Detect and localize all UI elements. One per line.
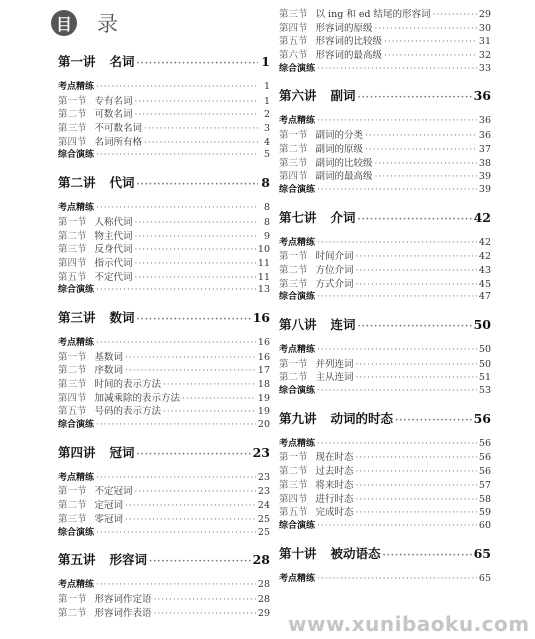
practice-label: 考点精练: [279, 235, 315, 248]
practice-label: 综合演练: [279, 518, 315, 531]
dot-leader: [317, 439, 477, 449]
lecture-number: 第十讲: [279, 546, 317, 561]
dot-leader: [96, 473, 256, 483]
dot-leader: [317, 521, 477, 531]
toc-practice-entry[interactable]: 考点精练42: [279, 235, 491, 249]
section-title: 定冠词: [95, 500, 124, 511]
dot-leader: [96, 285, 256, 295]
toc-practice-entry[interactable]: 考点精练8: [58, 200, 270, 214]
toc-section-entry[interactable]: 第五节不定代词11: [58, 269, 270, 283]
lecture-number: 第九讲: [279, 411, 317, 426]
lecture-number: 第二讲: [58, 175, 96, 190]
page-number: 9: [260, 231, 270, 242]
practice-label: 综合演练: [279, 383, 315, 396]
page-number: 59: [479, 507, 491, 518]
toc-lecture-entry[interactable]: 第十讲被动语态65: [279, 544, 491, 564]
section-title: 人称代词: [95, 217, 133, 228]
section-number: 第三节: [279, 158, 308, 169]
toc-section-entry[interactable]: 第三节以 ing 和 ed 结尾的形容词29: [279, 6, 491, 20]
page-number: 5: [260, 149, 270, 160]
dot-leader: [135, 97, 258, 107]
page-number: 8: [260, 175, 270, 190]
dot-leader: [433, 10, 477, 20]
dot-leader: [356, 508, 477, 518]
dot-leader: [356, 481, 477, 491]
page-number: 42: [479, 251, 491, 262]
toc-section-entry[interactable]: 第四节形容词的原级30: [279, 20, 491, 34]
section-title: 方位介词: [316, 265, 354, 276]
dot-leader: [356, 266, 477, 276]
section-title: 时间介词: [316, 251, 354, 262]
section-number: 第二节: [279, 265, 308, 276]
section-number: 第三节: [279, 480, 308, 491]
toc-lecture-entry[interactable]: 第六讲副词36: [279, 86, 491, 106]
section-title: 物主代词: [95, 231, 133, 242]
section-number: 第一节: [58, 217, 87, 228]
section-title: 指示代词: [95, 258, 133, 269]
section-number: 第四节: [279, 171, 308, 182]
section-title: 进行时态: [316, 494, 354, 505]
lecture-number: 第七讲: [279, 210, 317, 225]
page-number: 11: [258, 258, 270, 269]
dot-leader: [384, 51, 477, 61]
toc-section-entry[interactable]: 第四节副词的最高级39: [279, 168, 491, 182]
practice-label: 综合演练: [279, 61, 315, 74]
page-number: 33: [479, 63, 491, 74]
dot-leader: [137, 315, 251, 325]
section-title: 形容词的最高级: [316, 50, 383, 61]
section-title: 加减乘除的表示方法: [95, 393, 181, 404]
section-title: 副词的比较级: [316, 158, 373, 169]
section-title: 以 ing 和 ed 结尾的形容词: [316, 9, 431, 20]
dot-leader: [135, 110, 258, 120]
section-number: 第三节: [279, 9, 308, 20]
dot-leader: [375, 159, 477, 169]
toc-left-column: 第一讲名词1考点精练1第一节专有名词1第二节可数名词2第三节不可数名词3第四节名…: [58, 52, 270, 618]
toc-header: 目 录: [51, 8, 118, 38]
dot-leader: [317, 345, 477, 355]
dot-leader: [96, 580, 256, 590]
toc-lecture-entry[interactable]: 第七讲介词42: [279, 208, 491, 228]
section-number: 第二节: [58, 109, 87, 120]
dot-leader: [395, 416, 472, 426]
page-number: 47: [479, 291, 491, 302]
toc-section-entry[interactable]: 第一节不定冠词23: [58, 483, 270, 497]
page-number: 30: [479, 23, 491, 34]
toc-practice-entry[interactable]: 综合演练47: [279, 289, 491, 303]
page-number: 37: [479, 144, 491, 155]
section-number: 第四节: [279, 23, 308, 34]
section-title: 副词的原级: [316, 144, 364, 155]
dot-leader: [356, 495, 477, 505]
section-number: 第五节: [58, 272, 87, 283]
toc-section-entry[interactable]: 第一节专有名词1: [58, 93, 270, 107]
toc-section-entry[interactable]: 第一节形容词作定语28: [58, 591, 270, 605]
page-number: 3: [260, 123, 270, 134]
page-number: 50: [479, 344, 491, 355]
page-number: 16: [253, 310, 270, 325]
dot-leader: [135, 232, 258, 242]
toc-section-entry[interactable]: 第二节定冠词24: [58, 497, 270, 511]
lecture-number: 第三讲: [58, 310, 96, 325]
section-number: 第二节: [279, 144, 308, 155]
toc-practice-entry[interactable]: 考点精练36: [279, 113, 491, 127]
lecture-title: 形容词: [110, 552, 148, 567]
page-number: 38: [479, 158, 491, 169]
dot-leader: [137, 59, 258, 69]
page-number: 23: [258, 486, 270, 497]
dot-leader: [96, 203, 258, 213]
section-number: 第一节: [279, 130, 308, 141]
page-number: 45: [479, 279, 491, 290]
page-number: 51: [479, 372, 491, 383]
section-title: 主从连词: [316, 372, 354, 383]
section-number: 第一节: [279, 251, 308, 262]
dot-leader: [356, 467, 477, 477]
toc-section-entry[interactable]: 第一节基数词16: [58, 349, 270, 363]
dot-leader: [356, 373, 477, 383]
toc-practice-entry[interactable]: 考点精练1: [58, 79, 270, 93]
dot-leader: [356, 252, 477, 262]
toc-practice-entry[interactable]: 考点精练23: [58, 470, 270, 484]
toc-section-entry[interactable]: 第五节号码的表示方法19: [58, 403, 270, 417]
section-title: 不可数名词: [95, 123, 143, 134]
dot-leader: [135, 218, 258, 228]
dot-leader: [96, 150, 258, 160]
section-title: 形容词的比较级: [316, 36, 383, 47]
toc-section-entry[interactable]: 第六节形容词的最高级32: [279, 47, 491, 61]
toc-section-entry[interactable]: 第三节不可数名词3: [58, 120, 270, 134]
section-title: 完成时态: [316, 507, 354, 518]
section-number: 第五节: [279, 507, 308, 518]
section-title: 时间的表示方法: [95, 379, 162, 390]
page-number: 50: [479, 359, 491, 370]
toc-badge-icon: 目: [51, 10, 77, 36]
lecture-number: 第五讲: [58, 552, 96, 567]
dot-leader: [383, 551, 472, 561]
toc-lecture-entry[interactable]: 第一讲名词1: [58, 52, 270, 72]
page-number: 23: [253, 445, 270, 460]
dot-leader: [149, 557, 251, 567]
dot-leader: [154, 609, 256, 619]
dot-leader: [144, 138, 258, 148]
toc-practice-entry[interactable]: 综合演练20: [58, 417, 270, 431]
page-number: 39: [479, 171, 491, 182]
section-title: 基数词: [95, 352, 124, 363]
toc-section-entry[interactable]: 第一节时间介词42: [279, 248, 491, 262]
dot-leader: [317, 386, 477, 396]
section-title: 序数词: [95, 365, 124, 376]
dot-leader: [182, 394, 256, 404]
toc-section-entry[interactable]: 第五节完成时态59: [279, 504, 491, 518]
dot-leader: [375, 172, 477, 182]
section-number: 第五节: [58, 406, 87, 417]
dot-leader: [358, 322, 472, 332]
page-number: 42: [474, 210, 491, 225]
page-number: 56: [479, 452, 491, 463]
section-number: 第一节: [58, 594, 87, 605]
section-title: 号码的表示方法: [95, 406, 162, 417]
section-title: 将来时态: [316, 480, 354, 491]
page-number: 56: [479, 466, 491, 477]
toc-practice-entry[interactable]: 考点精练28: [58, 577, 270, 591]
toc-lecture-entry[interactable]: 第五讲形容词28: [58, 550, 270, 570]
lecture-title: 代词: [110, 175, 135, 190]
dot-leader: [135, 259, 256, 269]
page-number: 50: [474, 317, 491, 332]
toc-section-entry[interactable]: 第四节进行时态58: [279, 491, 491, 505]
toc-lecture-entry[interactable]: 第三讲数词16: [58, 308, 270, 328]
dot-leader: [356, 360, 477, 370]
section-number: 第一节: [58, 96, 87, 107]
page-number: 65: [474, 546, 491, 561]
dot-leader: [317, 238, 477, 248]
practice-label: 考点精练: [58, 335, 94, 348]
section-number: 第一节: [58, 486, 87, 497]
section-number: 第二节: [58, 500, 87, 511]
watermark: www.xunibaoku.com: [288, 612, 530, 636]
section-title: 形容词作表语: [95, 608, 152, 619]
toc-section-entry[interactable]: 第一节现在时态56: [279, 449, 491, 463]
lecture-number: 第八讲: [279, 317, 317, 332]
page-number: 31: [479, 36, 491, 47]
page-number: 25: [258, 514, 270, 525]
dot-leader: [135, 245, 256, 255]
section-number: 第四节: [58, 137, 87, 148]
toc-section-entry[interactable]: 第二节形容词作表语29: [58, 605, 270, 619]
toc-section-entry[interactable]: 第二节序数词17: [58, 362, 270, 376]
page-number: 10: [258, 244, 270, 255]
page-number: 28: [253, 552, 270, 567]
page-number: 32: [479, 50, 491, 61]
section-title: 零冠词: [95, 514, 124, 525]
toc-practice-entry[interactable]: 综合演练53: [279, 383, 491, 397]
dot-leader: [365, 131, 477, 141]
section-number: 第四节: [58, 258, 87, 269]
page-number: 57: [479, 480, 491, 491]
page-number: 39: [479, 184, 491, 195]
practice-label: 考点精练: [279, 571, 315, 584]
section-title: 名词所有格: [95, 137, 143, 148]
toc-practice-entry[interactable]: 综合演练39: [279, 182, 491, 196]
toc-practice-entry[interactable]: 考点精练65: [279, 571, 491, 585]
page-number: 65: [479, 573, 491, 584]
dot-leader: [144, 124, 258, 134]
toc-practice-entry[interactable]: 综合演练33: [279, 61, 491, 75]
toc-section-entry[interactable]: 第二节副词的原级37: [279, 141, 491, 155]
section-number: 第六节: [279, 50, 308, 61]
toc-section-entry[interactable]: 第二节可数名词2: [58, 106, 270, 120]
toc-right-column: 第三节以 ing 和 ed 结尾的形容词29第四节形容词的原级30第五节形容词的…: [279, 6, 491, 584]
dot-leader: [96, 82, 258, 92]
practice-label: 综合演练: [58, 417, 94, 430]
practice-label: 考点精练: [279, 113, 315, 126]
lecture-title: 被动语态: [331, 546, 381, 561]
page-number: 20: [258, 419, 270, 430]
lecture-title: 冠词: [110, 445, 135, 460]
page-number: 60: [479, 520, 491, 531]
section-number: 第二节: [58, 608, 87, 619]
dot-leader: [96, 338, 256, 348]
section-title: 可数名词: [95, 109, 133, 120]
page-number: 17: [258, 365, 270, 376]
page-number: 8: [260, 217, 270, 228]
section-number: 第四节: [279, 494, 308, 505]
dot-leader: [163, 407, 256, 417]
lecture-title: 介词: [331, 210, 356, 225]
dot-leader: [135, 273, 256, 283]
section-title: 过去时态: [316, 466, 354, 477]
section-title: 形容词的原级: [316, 23, 373, 34]
page-number: 1: [260, 54, 270, 69]
toc-section-entry[interactable]: 第一节人称代词8: [58, 214, 270, 228]
lecture-title: 名词: [110, 54, 135, 69]
section-title: 不定代词: [95, 272, 133, 283]
lecture-number: 第六讲: [279, 88, 317, 103]
page-number: 56: [474, 411, 491, 426]
page-number: 1: [260, 96, 270, 107]
practice-label: 综合演练: [279, 182, 315, 195]
page-number: 18: [258, 379, 270, 390]
section-title: 专有名词: [95, 96, 133, 107]
lecture-title: 动词的时态: [331, 411, 394, 426]
section-title: 形容词作定语: [95, 594, 152, 605]
page-number: 2: [260, 109, 270, 120]
section-title: 副词的最高级: [316, 171, 373, 182]
section-number: 第二节: [279, 466, 308, 477]
toc-section-entry[interactable]: 第五节形容词的比较级31: [279, 33, 491, 47]
dot-leader: [358, 93, 472, 103]
section-number: 第一节: [58, 352, 87, 363]
practice-label: 考点精练: [58, 577, 94, 590]
toc-section-entry[interactable]: 第三节方式介词45: [279, 276, 491, 290]
toc-lecture-entry[interactable]: 第九讲动词的时态56: [279, 409, 491, 429]
page-number: 4: [260, 137, 270, 148]
practice-label: 考点精练: [58, 470, 94, 483]
section-title: 不定冠词: [95, 486, 133, 497]
practice-label: 考点精练: [58, 200, 94, 213]
dot-leader: [125, 353, 256, 363]
page-number: 25: [258, 527, 270, 538]
toc-lecture-entry[interactable]: 第四讲冠词23: [58, 443, 270, 463]
practice-label: 综合演练: [279, 289, 315, 302]
toc-title: 录: [97, 8, 118, 38]
lecture-number: 第四讲: [58, 445, 96, 460]
toc-lecture-entry[interactable]: 第二讲代词8: [58, 173, 270, 193]
toc-practice-entry[interactable]: 综合演练60: [279, 518, 491, 532]
section-title: 反身代词: [95, 244, 133, 255]
dot-leader: [317, 292, 477, 302]
section-number: 第三节: [58, 244, 87, 255]
toc-section-entry[interactable]: 第四节加减乘除的表示方法19: [58, 390, 270, 404]
toc-section-entry[interactable]: 第三节副词的比较级38: [279, 155, 491, 169]
dot-leader: [317, 116, 477, 126]
page-number: 28: [258, 579, 270, 590]
section-number: 第三节: [58, 379, 87, 390]
toc-section-entry[interactable]: 第二节过去时态56: [279, 463, 491, 477]
page-number: 11: [258, 272, 270, 283]
dot-leader: [358, 215, 472, 225]
toc-section-entry[interactable]: 第二节方位介词43: [279, 262, 491, 276]
toc-practice-entry[interactable]: 综合演练13: [58, 282, 270, 296]
toc-section-entry[interactable]: 第三节时间的表示方法18: [58, 376, 270, 390]
toc-practice-entry[interactable]: 综合演练25: [58, 525, 270, 539]
page-number: 13: [258, 284, 270, 295]
section-number: 第五节: [279, 36, 308, 47]
page-number: 43: [479, 265, 491, 276]
page-number: 16: [258, 337, 270, 348]
page-number: 36: [474, 88, 491, 103]
section-number: 第三节: [58, 514, 87, 525]
dot-leader: [375, 24, 477, 34]
page-number: 42: [479, 237, 491, 248]
page-number: 1: [260, 81, 270, 92]
section-number: 第二节: [279, 372, 308, 383]
page-number: 56: [479, 438, 491, 449]
dot-leader: [356, 280, 477, 290]
page-number: 19: [258, 406, 270, 417]
dot-leader: [154, 595, 256, 605]
toc-practice-entry[interactable]: 考点精练16: [58, 335, 270, 349]
practice-label: 考点精练: [58, 79, 94, 92]
page-number: 36: [479, 115, 491, 126]
toc-section-entry[interactable]: 第一节并列连词50: [279, 356, 491, 370]
practice-label: 综合演练: [58, 147, 94, 160]
toc-section-entry[interactable]: 第二节主从连词51: [279, 369, 491, 383]
page-number: 28: [258, 594, 270, 605]
lecture-title: 副词: [331, 88, 356, 103]
toc-section-entry[interactable]: 第四节名词所有格4: [58, 134, 270, 148]
dot-leader: [384, 37, 477, 47]
toc-section-entry[interactable]: 第四节指示代词11: [58, 255, 270, 269]
dot-leader: [96, 420, 256, 430]
toc-section-entry[interactable]: 第二节物主代词9: [58, 228, 270, 242]
page-number: 29: [479, 9, 491, 20]
toc-section-entry[interactable]: 第三节将来时态57: [279, 477, 491, 491]
dot-leader: [137, 450, 251, 460]
dot-leader: [125, 501, 256, 511]
section-number: 第二节: [58, 231, 87, 242]
dot-leader: [125, 366, 256, 376]
dot-leader: [317, 64, 477, 74]
dot-leader: [365, 145, 477, 155]
toc-section-entry[interactable]: 第一节副词的分类36: [279, 127, 491, 141]
section-number: 第二节: [58, 365, 87, 376]
page-number: 19: [258, 393, 270, 404]
page-number: 23: [258, 472, 270, 483]
section-title: 并列连词: [316, 359, 354, 370]
practice-label: 综合演练: [58, 282, 94, 295]
page-number: 8: [260, 202, 270, 213]
toc-lecture-entry[interactable]: 第八讲连词50: [279, 315, 491, 335]
practice-label: 考点精练: [279, 436, 315, 449]
lecture-number: 第一讲: [58, 54, 96, 69]
section-number: 第一节: [279, 359, 308, 370]
page-number: 24: [258, 500, 270, 511]
toc-practice-entry[interactable]: 综合演练5: [58, 147, 270, 161]
toc-section-entry[interactable]: 第三节零冠词25: [58, 511, 270, 525]
dot-leader: [356, 453, 477, 463]
toc-practice-entry[interactable]: 考点精练50: [279, 342, 491, 356]
page-number: 58: [479, 494, 491, 505]
page-number: 36: [479, 130, 491, 141]
section-number: 第三节: [58, 123, 87, 134]
section-title: 现在时态: [316, 452, 354, 463]
section-number: 第一节: [279, 452, 308, 463]
toc-section-entry[interactable]: 第三节反身代词10: [58, 241, 270, 255]
section-number: 第三节: [279, 279, 308, 290]
toc-practice-entry[interactable]: 考点精练56: [279, 436, 491, 450]
